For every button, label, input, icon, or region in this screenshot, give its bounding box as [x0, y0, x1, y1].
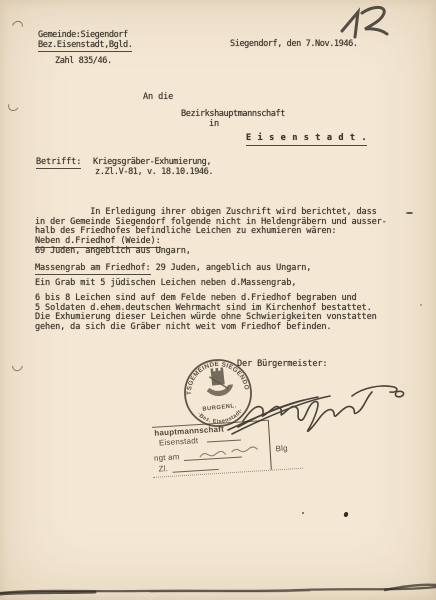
received-stamp-bottom-border — [153, 468, 303, 478]
received-stamp-dash — [207, 439, 241, 442]
received-stamp-date-scribble — [197, 444, 260, 462]
ink-speck — [343, 511, 348, 517]
body-line-field-count: 69 Juden, angeblich aus Ungarn, — [35, 247, 191, 257]
received-stamp-attachment-label: Blg — [275, 444, 288, 454]
stray-ink-dash — [406, 212, 413, 214]
recipient-preposition: in — [209, 120, 219, 130]
body-line-massgrave: Massengrab am Friedhof: 29 Juden, angebl… — [35, 264, 311, 274]
body-massgrave-count: 29 Juden, angeblich aus Ungarn, — [151, 263, 312, 273]
punch-mark — [10, 359, 25, 374]
punch-mark — [10, 19, 25, 34]
ink-speck — [420, 304, 422, 306]
recipient-authority: Bezirkshauptmannschaft — [181, 110, 285, 120]
received-stamp-number-label: Zl. — [158, 464, 168, 474]
received-stamp-city: Eisenstadt — [159, 436, 199, 447]
body-heading-massgrave: Massengrab am Friedhof: — [35, 263, 151, 275]
handwritten-corner-number — [332, 3, 402, 47]
punch-mark — [7, 99, 21, 112]
recipient-salutation: An die — [143, 93, 173, 103]
body-line-grave5: Ein Grab mit 5 jüdischen Leichen neben d… — [35, 279, 296, 289]
subject-line2: z.Zl.V-81, v. 18.10.1946. — [95, 168, 213, 178]
received-stamp-right-border — [268, 420, 272, 470]
recipient-city: E i s e n s t a d t . — [246, 134, 367, 146]
page-bottom-edge-shadow — [0, 582, 436, 600]
file-number: Zahl 835/46. — [55, 57, 112, 67]
body-line: gehen, da sich die Gräber nicht weit vom… — [35, 323, 331, 333]
received-stamp-number-line — [173, 469, 219, 473]
received-stamp-date-label: ngt am — [154, 452, 180, 463]
received-stamp: hauptmannschaft Eisenstadt ngt am Blg Zl… — [150, 418, 303, 483]
subject-label: Betrifft: — [36, 158, 81, 169]
sender-district: Bez.Eisenstadt,Bgld. — [38, 41, 132, 52]
ink-speck — [302, 512, 304, 514]
scanned-letter-page: Gemeinde:Siegendorf Bez.Eisenstadt,Bgld.… — [0, 0, 436, 600]
